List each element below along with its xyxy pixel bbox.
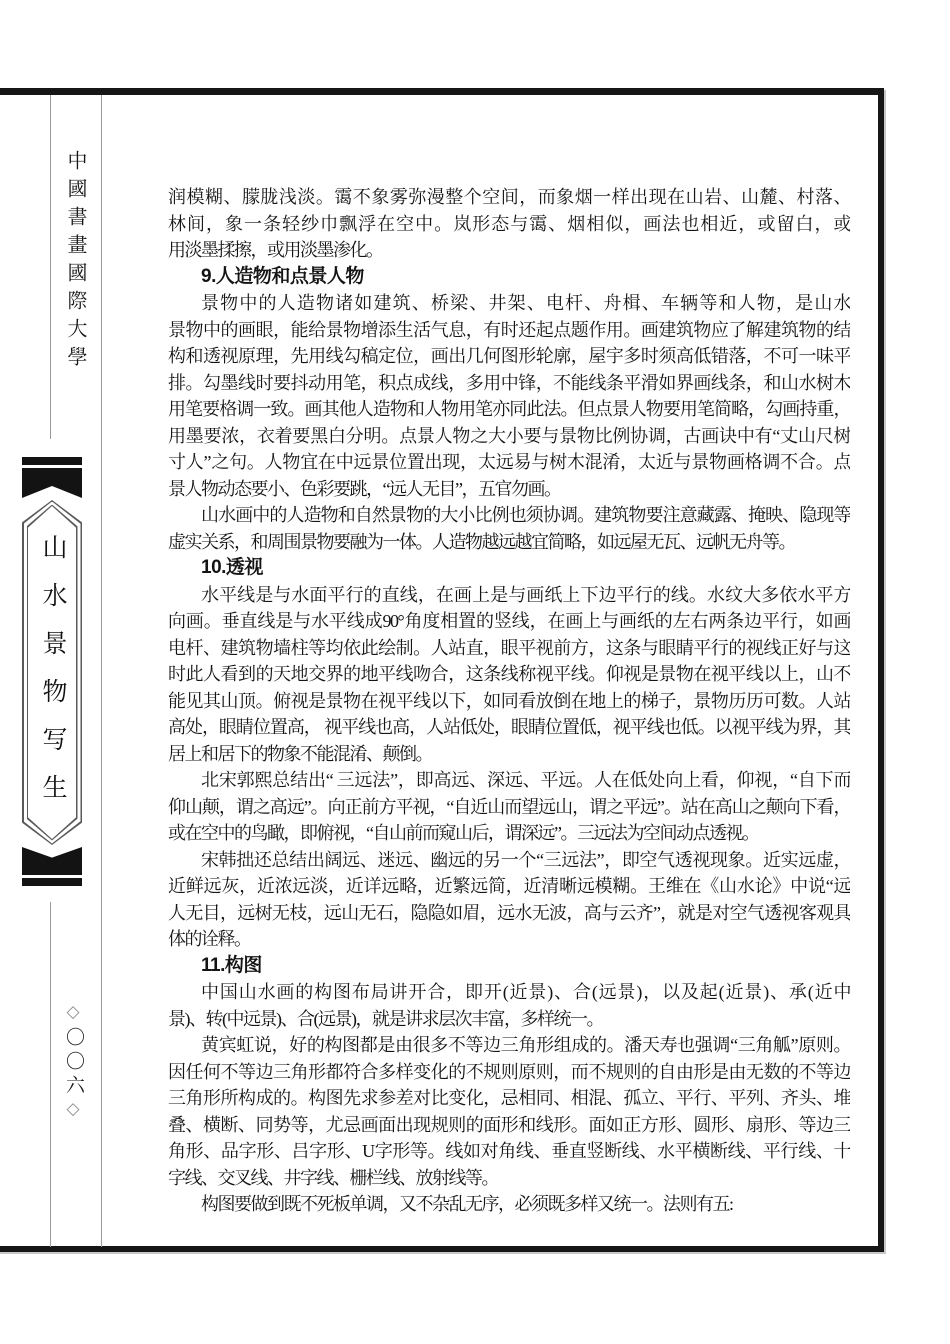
text-line: 水平线是与水面平行的直线，在画上是与画纸上下边平行的线。水纹大多依水平方 [168, 582, 850, 609]
university-name: 中國書畫國際大學 [63, 150, 90, 374]
text-line: 景)、转(中远景)、合(远景)，就是讲求层次丰富，多样统一。 [168, 1006, 850, 1033]
frame-border-top [0, 88, 884, 95]
folio-ornament-bottom: ◇ [64, 1099, 83, 1124]
folio-number: 〇〇六 [63, 1027, 84, 1099]
sidebar-rule-left-lower [50, 902, 51, 1247]
text-line: 角形、品字形、吕字形、U字形等。线如对角线、垂直竖断线、水平横断线、平行线、十 [168, 1138, 850, 1165]
text-line: 构图要做到既不死板单调，又不杂乱无序，必须既多样又统一。法则有五: [168, 1191, 850, 1218]
text-line: 三角形所构成的。构图先求参差对比变化，忌相同、相混、孤立、平行、平列、齐头、堆 [168, 1085, 850, 1112]
text-line: 近鲜远灰，近浓远淡，近详远略，近繁远简，近清晰远模糊。王维在《山水论》中说“远 [168, 873, 850, 900]
text-line: 居上和居下的物象不能混淆、颠倒。 [168, 741, 850, 768]
page-number: ◇〇〇六◇ [60, 1002, 87, 1124]
sidebar-rule-right [101, 95, 102, 1247]
title-banner: 山水景物写生 [22, 457, 82, 886]
text-line: 体的诠释。 [168, 926, 850, 953]
text-line: 构和透视原理，先用线勾稿定位，画出几何图形轮廓，屋宇多时须高低错落，不可一味平 [168, 343, 850, 370]
banner-bottom-bar [22, 878, 82, 886]
text-line: 能见其山顶。俯视是景物在视平线以下，如同看放倒在地上的梯子，景物历历可数。人站 [168, 688, 850, 715]
text-line: 高处，眼睛位置高， 视平线也高，人站低处，眼睛位置低，视平线也低。以视平线为界，… [168, 714, 850, 741]
text-line: 字线、交叉线、井字线、栅栏线、放射线等。 [168, 1165, 850, 1192]
text-line: 或在空中的鸟瞰，即俯视，“自山前而窥山后，谓深远”。三远法为空间动点透视。 [168, 820, 850, 847]
book-title: 山水景物写生 [34, 534, 70, 822]
text-line: 时此人看到的天地交界的地平线吻合，这条线称视平线。仰视是景物在视平线以上，山不 [168, 661, 850, 688]
banner-top-ribbon [22, 468, 82, 498]
text-line: 虚实关系，和周围景物要融为一体。人造物越远越宜简略，如远屋无瓦、远帆无舟等。 [168, 529, 850, 556]
folio-ornament-top: ◇ [64, 1002, 83, 1027]
section-heading: 11.构图 [168, 953, 850, 980]
text-line: 排。勾墨线时要抖动用笔，积点成线，多用中锋，不能线条平滑如界画线条，和山水树木 [168, 370, 850, 397]
text-line: 电杆、建筑物墙柱等均依此绘制。人站直，眼平视前方，这条与眼睛平行的视线正好与这 [168, 635, 850, 662]
text-line: 因任何不等边三角形都符合多样变化的不规则原则，而不规则的自由形是由无数的不等边 [168, 1059, 850, 1086]
text-line: 人无目，远树无枝，远山无石，隐隐如眉，远水无波，高与云齐”，就是对空气透视客观具 [168, 900, 850, 927]
text-line: 北宋郭熙总结出“ 三远法”，即高远、深远、平远。人在低处向上看，仰视，“自下而 [168, 767, 850, 794]
text-line: 林间，象一条轻纱巾飘浮在空中。岚形态与霭、烟相似，画法也相近，或留白，或 [168, 211, 850, 238]
text-line: 用笔要格调一致。画其他人造物和人物用笔亦同此法。但点景人物要用笔简略，勾画持重， [168, 396, 850, 423]
text-line: 用墨要浓，衣着要黑白分明。点景人物之大小要与景物比例协调，古画诀中有“丈山尺树 [168, 423, 850, 450]
text-line: 仰山颠，谓之高远”。向正前方平视，“自近山而望远山，谓之平远”。站在高山之颠向下… [168, 794, 850, 821]
text-line: 中国山水画的构图布局讲开合，即开(近景)、合(远景)，以及起(近景)、承(近中 [168, 979, 850, 1006]
banner-bottom-ribbon [22, 847, 82, 875]
frame-border-right [878, 88, 884, 1252]
text-line: 用淡墨揉擦，或用淡墨渗化。 [168, 237, 850, 264]
text-line: 景物中的画眼，能给景物增添生活气息，有时还起点题作用。画建筑物应了解建筑物的结 [168, 317, 850, 344]
sidebar-rule-left-upper [50, 95, 51, 439]
text-line: 叠、横断、同势等，尤忌画面出现规则的面形和线形。面如正方形、圆形、扇形、等边三 [168, 1112, 850, 1139]
text-line: 山水画中的人造物和自然景物的大小比例也须协调。建筑物要注意藏露、掩映、隐现等 [168, 502, 850, 529]
section-heading: 10.透视 [168, 555, 850, 582]
text-line: 向画。垂直线是与水平线成90°角度相置的竖线，在画上与画纸的左右两条边平行，如画 [168, 608, 850, 635]
section-heading: 9.人造物和点景人物 [168, 264, 850, 291]
text-line: 宋韩拙还总结出阔远、迷远、幽远的另一个“三远法”，即空气透视现象。近实远虚， [168, 847, 850, 874]
book-page: 中國書畫國際大學 山水景物写生 ◇〇〇六◇ 润模糊、朦胧浅淡。霭不象雾弥漫整个空… [0, 0, 950, 1344]
text-line: 景物中的人造物诸如建筑、桥梁、井架、电杆、舟楫、车辆等和人物，是山水 [168, 290, 850, 317]
banner-cartouche: 山水景物写生 [22, 500, 82, 845]
text-line: 润模糊、朦胧浅淡。霭不象雾弥漫整个空间，而象烟一样出现在山岩、山麓、村落、 [168, 184, 850, 211]
text-line: 黄宾虹说，好的构图都是由很多不等边三角形组成的。潘天寿也强调“三角觚”原则。 [168, 1032, 850, 1059]
frame-border-bottom [0, 1246, 884, 1252]
text-line: 寸人”之句。人物宜在中远景位置出现，太远易与树木混淆，太近与景物画格调不合。点 [168, 449, 850, 476]
text-content: 润模糊、朦胧浅淡。霭不象雾弥漫整个空间，而象烟一样出现在山岩、山麓、村落、林间，… [168, 184, 850, 1218]
banner-top-bar [22, 457, 82, 465]
text-line: 景人物动态要小、色彩要跳，“远人无目”，五官勿画。 [168, 476, 850, 503]
